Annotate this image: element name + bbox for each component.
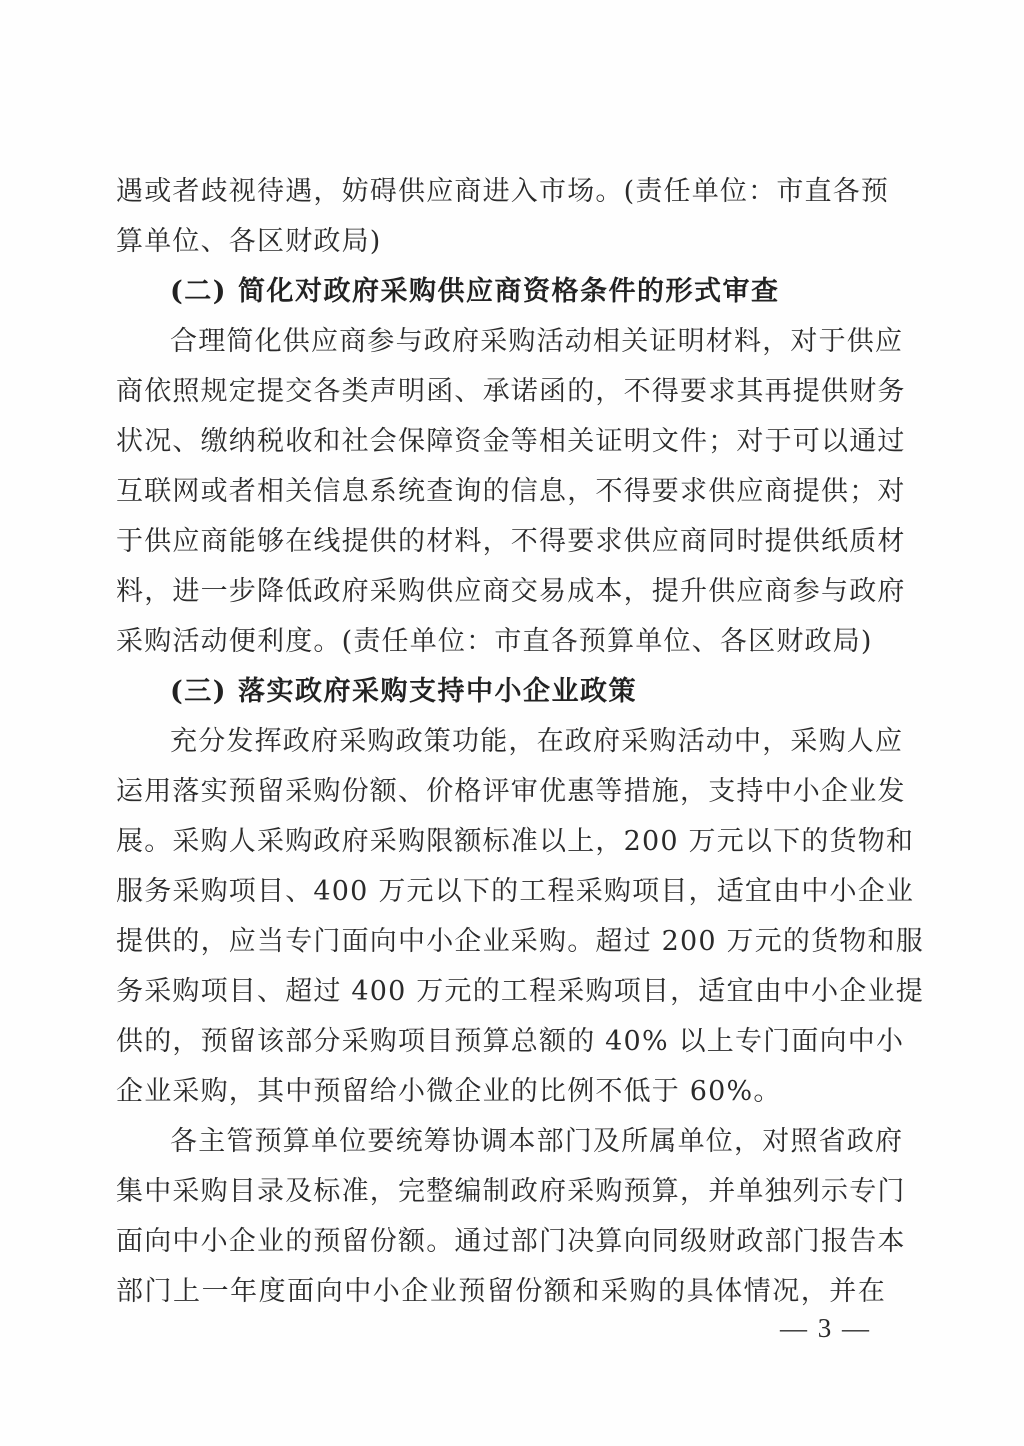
text-line: 合理简化供应商参与政府采购活动相关证明材料，对于供应 [170,324,886,360]
text-line: 充分发挥政府采购政策功能，在政府采购活动中，采购人应 [170,724,886,760]
text-line: 各主管预算单位要统筹协调本部门及所属单位，对照省政府 [170,1124,886,1160]
page-number: — 3 — [780,1310,871,1346]
text-line: 展。采购人采购政府采购限额标准以上，200 万元以下的货物和 [116,824,886,860]
text-line: 集中采购目录及标准，完整编制政府采购预算，并单独列示专门 [116,1174,886,1210]
text-line: 提供的，应当专门面向中小企业采购。超过 200 万元的货物和服 [116,924,886,960]
text-line: 运用落实预留采购份额、价格评审优惠等措施，支持中小企业发 [116,774,886,810]
text-line: 于供应商能够在线提供的材料，不得要求供应商同时提供纸质材 [116,524,886,560]
text-line: 算单位、各区财政局) [116,224,886,260]
text-line: 务采购项目、超过 400 万元的工程采购项目，适宜由中小企业提 [116,974,886,1010]
text-line: 部门上一年度面向中小企业预留份额和采购的具体情况，并在 [116,1274,886,1310]
text-line: 采购活动便利度。(责任单位：市直各预算单位、各区财政局) [116,624,886,660]
text-line: 互联网或者相关信息系统查询的信息，不得要求供应商提供；对 [116,474,886,510]
text-line: 商依照规定提交各类声明函、承诺函的，不得要求其再提供财务 [116,374,886,410]
text-line: 企业采购，其中预留给小微企业的比例不低于 60%。 [116,1074,886,1110]
text-line: 料，进一步降低政府采购供应商交易成本，提升供应商参与政府 [116,574,886,610]
section-heading-3: (三) 落实政府采购支持中小企业政策 [170,674,637,710]
section-heading-2: (二) 简化对政府采购供应商资格条件的形式审查 [170,274,779,310]
text-line: 遇或者歧视待遇，妨碍供应商进入市场。(责任单位：市直各预 [116,174,886,210]
text-line: 状况、缴纳税收和社会保障资金等相关证明文件；对于可以通过 [116,424,886,460]
text-line: 面向中小企业的预留份额。通过部门决算向同级财政部门报告本 [116,1224,886,1260]
text-line: 服务采购项目、400 万元以下的工程采购项目，适宜由中小企业 [116,874,886,910]
document-page: 遇或者歧视待遇，妨碍供应商进入市场。(责任单位：市直各预 算单位、各区财政局) … [0,0,1024,1446]
text-line: 供的，预留该部分采购项目预算总额的 40% 以上专门面向中小 [116,1024,886,1060]
